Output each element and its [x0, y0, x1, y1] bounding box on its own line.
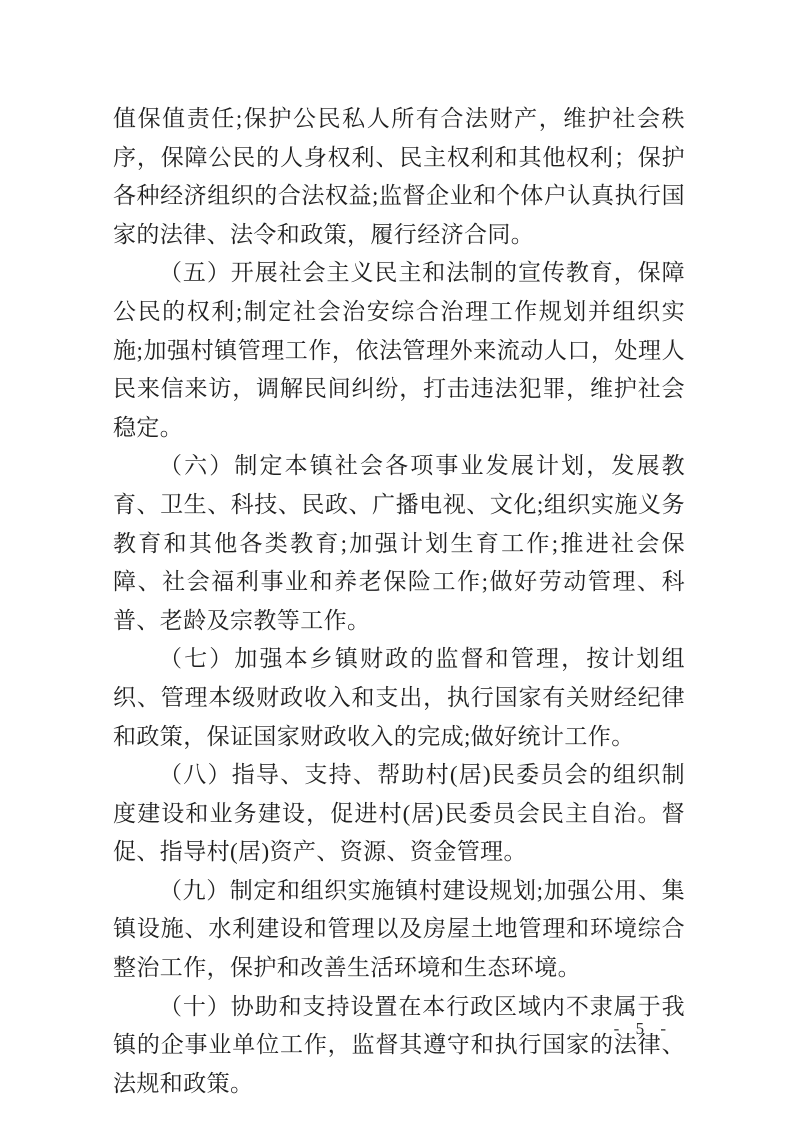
paragraph: （八）指导、支持、帮助村(居)民委员会的组织制度建设和业务建设，促进村(居)民委… — [113, 756, 685, 872]
paragraph: （九）制定和组织实施镇村建设规划;加强公用、集镇设施、水利建设和管理以及房屋土地… — [113, 872, 685, 988]
paragraph: 值保值责任;保护公民私人所有合法财产，维护社会秩序，保障公民的人身权利、民主权利… — [113, 100, 685, 254]
document-body: 值保值责任;保护公民私人所有合法财产，维护社会秩序，保障公民的人身权利、民主权利… — [113, 100, 685, 1103]
page-number: - 5 - — [614, 1019, 672, 1039]
paragraph: （六）制定本镇社会各项事业发展计划，发展教育、卫生、科技、民政、广播电视、文化;… — [113, 447, 685, 640]
paragraph: （五）开展社会主义民主和法制的宣传教育，保障公民的权利;制定社会治安综合治理工作… — [113, 254, 685, 447]
paragraph: （七）加强本乡镇财政的监督和管理，按计划组织、管理本级财政收入和支出，执行国家有… — [113, 640, 685, 756]
paragraph: （十）协助和支持设置在本行政区域内不隶属于我镇的企事业单位工作，监督其遵守和执行… — [113, 988, 685, 1104]
document-page: 值保值责任;保护公民私人所有合法财产，维护社会秩序，保障公民的人身权利、民主权利… — [0, 0, 793, 1122]
